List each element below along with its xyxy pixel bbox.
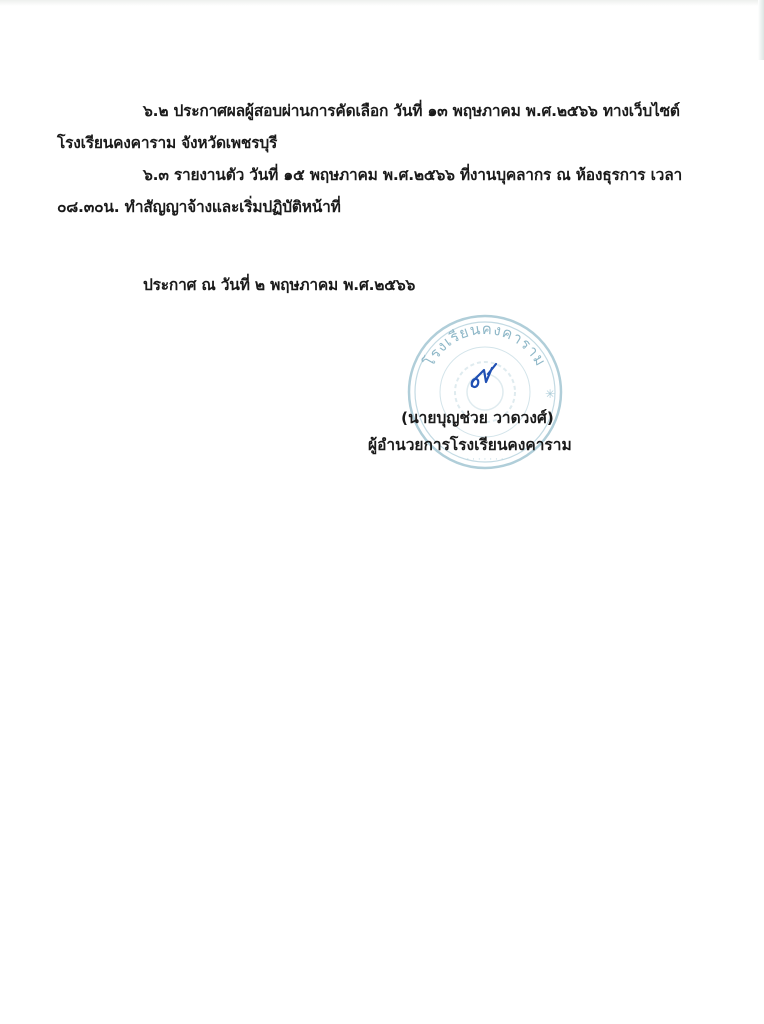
announcement-date: ประกาศ ณ วันที่ ๒ พฤษภาคม พ.ศ.๒๕๖๖ — [143, 272, 415, 297]
item-6-2-announcement: ๖.๒ ประกาศผลผู้สอบผ่านการคัดเลือก วันที่… — [143, 98, 680, 123]
item-6-3-report: ๖.๓ รายงานตัว วันที่ ๑๕ พฤษภาคม พ.ศ.๒๕๖๖… — [143, 162, 682, 187]
item-6-2-continuation: โรงเรียนคงคาราม จังหวัดเพชรบุรี — [57, 130, 277, 155]
item-6-3-continuation: ๐๘.๓๐น. ทำสัญญาจ้างและเริ่มปฏิบัติหน้าที… — [57, 194, 341, 219]
svg-text:✳: ✳ — [545, 387, 555, 401]
signer-name: (นายบุญช่วย วาดวงศ์) — [401, 405, 554, 430]
signer-title: ผู้อำนวยการโรงเรียนคงคาราม — [368, 432, 572, 457]
scan-right-edge — [758, 0, 764, 60]
scan-top-edge — [0, 0, 764, 6]
signature-mark — [462, 356, 502, 396]
